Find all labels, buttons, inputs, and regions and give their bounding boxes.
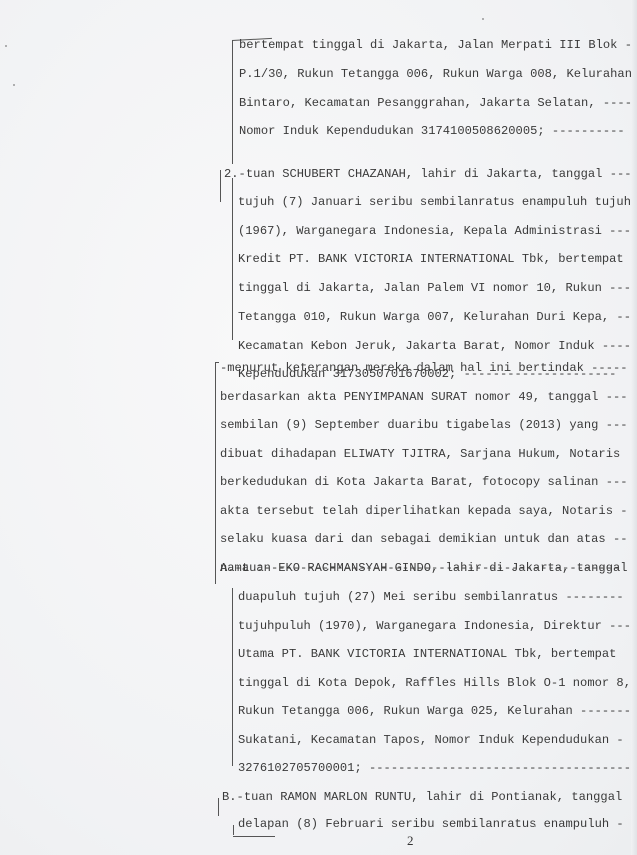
text-line: berdasarkan akta PENYIMPANAN SURAT nomor… — [220, 390, 628, 404]
text-line: 3276102705700001; ----------------------… — [238, 761, 631, 775]
document-page: bertempat tinggal di Jakarta, Jalan Merp… — [0, 0, 637, 855]
bracket-block-B-head — [218, 798, 219, 816]
text-line: sembilan (9) September duaribu tigabelas… — [220, 418, 628, 432]
bracket-block-A-body — [232, 588, 233, 766]
text-line: Kredit PT. BANK VICTORIA INTERNATIONAL T… — [238, 252, 624, 266]
text-line: duapuluh tujuh (27) Mei seribu sembilanr… — [238, 590, 624, 604]
text-line: dibuat dihadapan ELIWATY TJITRA, Sarjana… — [220, 447, 620, 461]
text-line: Utama PT. BANK VICTORIA INTERNATIONAL Tb… — [238, 647, 616, 661]
text-line: delapan (8) Februari seribu sembilanratu… — [238, 817, 624, 831]
bracket-block-2-body — [232, 178, 233, 340]
text-line: tinggal di Kota Depok, Raffles Hills Blo… — [238, 676, 631, 690]
bracket-block-B-body — [233, 825, 234, 835]
text-line: Bintaro, Kecamatan Pesanggrahan, Jakarta… — [239, 96, 632, 110]
scan-speck — [13, 84, 15, 86]
bracket-block-3 — [215, 362, 216, 572]
bracket-block-2-head — [220, 170, 221, 202]
text-line: Sukatani, Kecamatan Tapos, Nomor Induk K… — [238, 733, 624, 747]
page-number: 2 — [407, 833, 414, 849]
scan-speck — [482, 18, 484, 20]
text-line: Rukun Tetangga 006, Rukun Warga 025, Kel… — [238, 704, 631, 718]
text-line: Kecamatan Kebon Jeruk, Jakarta Barat, No… — [238, 339, 631, 353]
text-line: Tetangga 010, Rukun Warga 007, Kelurahan… — [238, 310, 631, 324]
text-line: tujuh (7) Januari seribu sembilanratus e… — [238, 195, 631, 209]
text-line: Nomor Induk Kependudukan 317410050862000… — [239, 124, 625, 138]
bracket-top-block-3 — [215, 362, 219, 363]
text-line: 2.-tuan SCHUBERT CHAZANAH, lahir di Jaka… — [224, 167, 632, 181]
text-line: -menurut keterangan mereka dalam hal ini… — [220, 361, 628, 375]
text-line: berkedudukan di Kota Jakarta Barat, foto… — [220, 475, 628, 489]
text-line: B.-tuan RAMON MARLON RUNTU, lahir di Pon… — [222, 790, 622, 804]
bracket-block-A-head — [215, 568, 216, 584]
bracket-bottom-block-B — [233, 836, 275, 837]
scan-speck — [5, 45, 7, 47]
text-line: selaku kuasa dari dan sebagai demikian u… — [220, 532, 628, 546]
text-line: P.1/30, Rukun Tetangga 006, Rukun Warga … — [239, 67, 632, 81]
text-line: tinggal di Jakarta, Jalan Palem VI nomor… — [238, 281, 631, 295]
scan-speck — [534, 825, 536, 827]
text-line: A.-tuan EKO RACHMANSYAH GINDO, lahir di … — [220, 561, 628, 575]
text-line: akta tersebut telah diperlihatkan kepada… — [220, 504, 628, 518]
text-line: tujuhpuluh (1970), Warganegara Indonesia… — [238, 619, 631, 633]
page-edge-shadow — [631, 0, 637, 855]
bracket-block-1 — [232, 40, 233, 164]
text-line: bertempat tinggal di Jakarta, Jalan Merp… — [239, 38, 632, 52]
text-line: (1967), Warganegara Indonesia, Kepala Ad… — [238, 224, 631, 238]
